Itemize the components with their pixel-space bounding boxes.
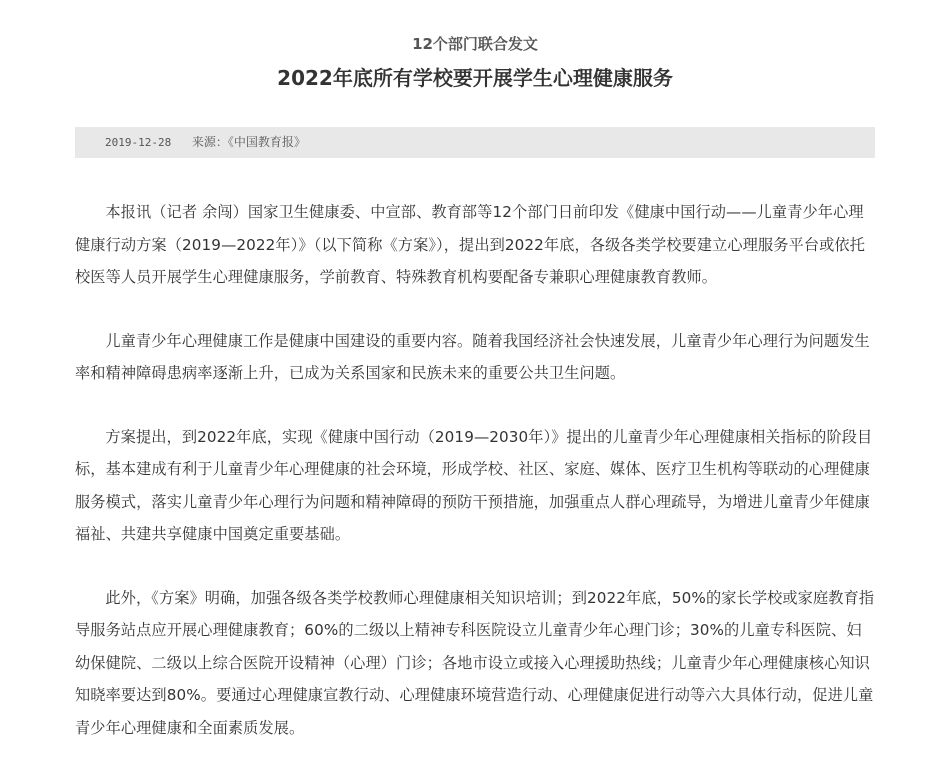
paragraph: 儿童青少年心理健康工作是健康中国建设的重要内容。随着我国经济社会快速发展，儿童青… [75,325,875,390]
paragraph: 方案提出，到2022年底，实现《健康中国行动（2019—2030年）》提出的儿童… [75,421,875,551]
article-body: 本报讯（记者 余闯）国家卫生健康委、中宣部、教育部等12个部门日前印发《健康中国… [75,196,875,767]
article-title: 2022年底所有学校要开展学生心理健康服务 [75,63,875,93]
source-label: 来源： [192,135,228,149]
paragraph: 本报讯（记者 余闯）国家卫生健康委、中宣部、教育部等12个部门日前印发《健康中国… [75,196,875,294]
source-value: 《中国教育报》 [228,135,306,149]
publish-date: 2019-12-28 [105,136,171,149]
article-meta-bar: 2019-12-28 来源：《中国教育报》 [75,127,875,158]
paragraph: 此外，《方案》明确，加强各级各类学校教师心理健康相关知识培训；到2022年底，5… [75,582,875,745]
article-subtitle: 12个部门联合发文 [75,33,875,55]
